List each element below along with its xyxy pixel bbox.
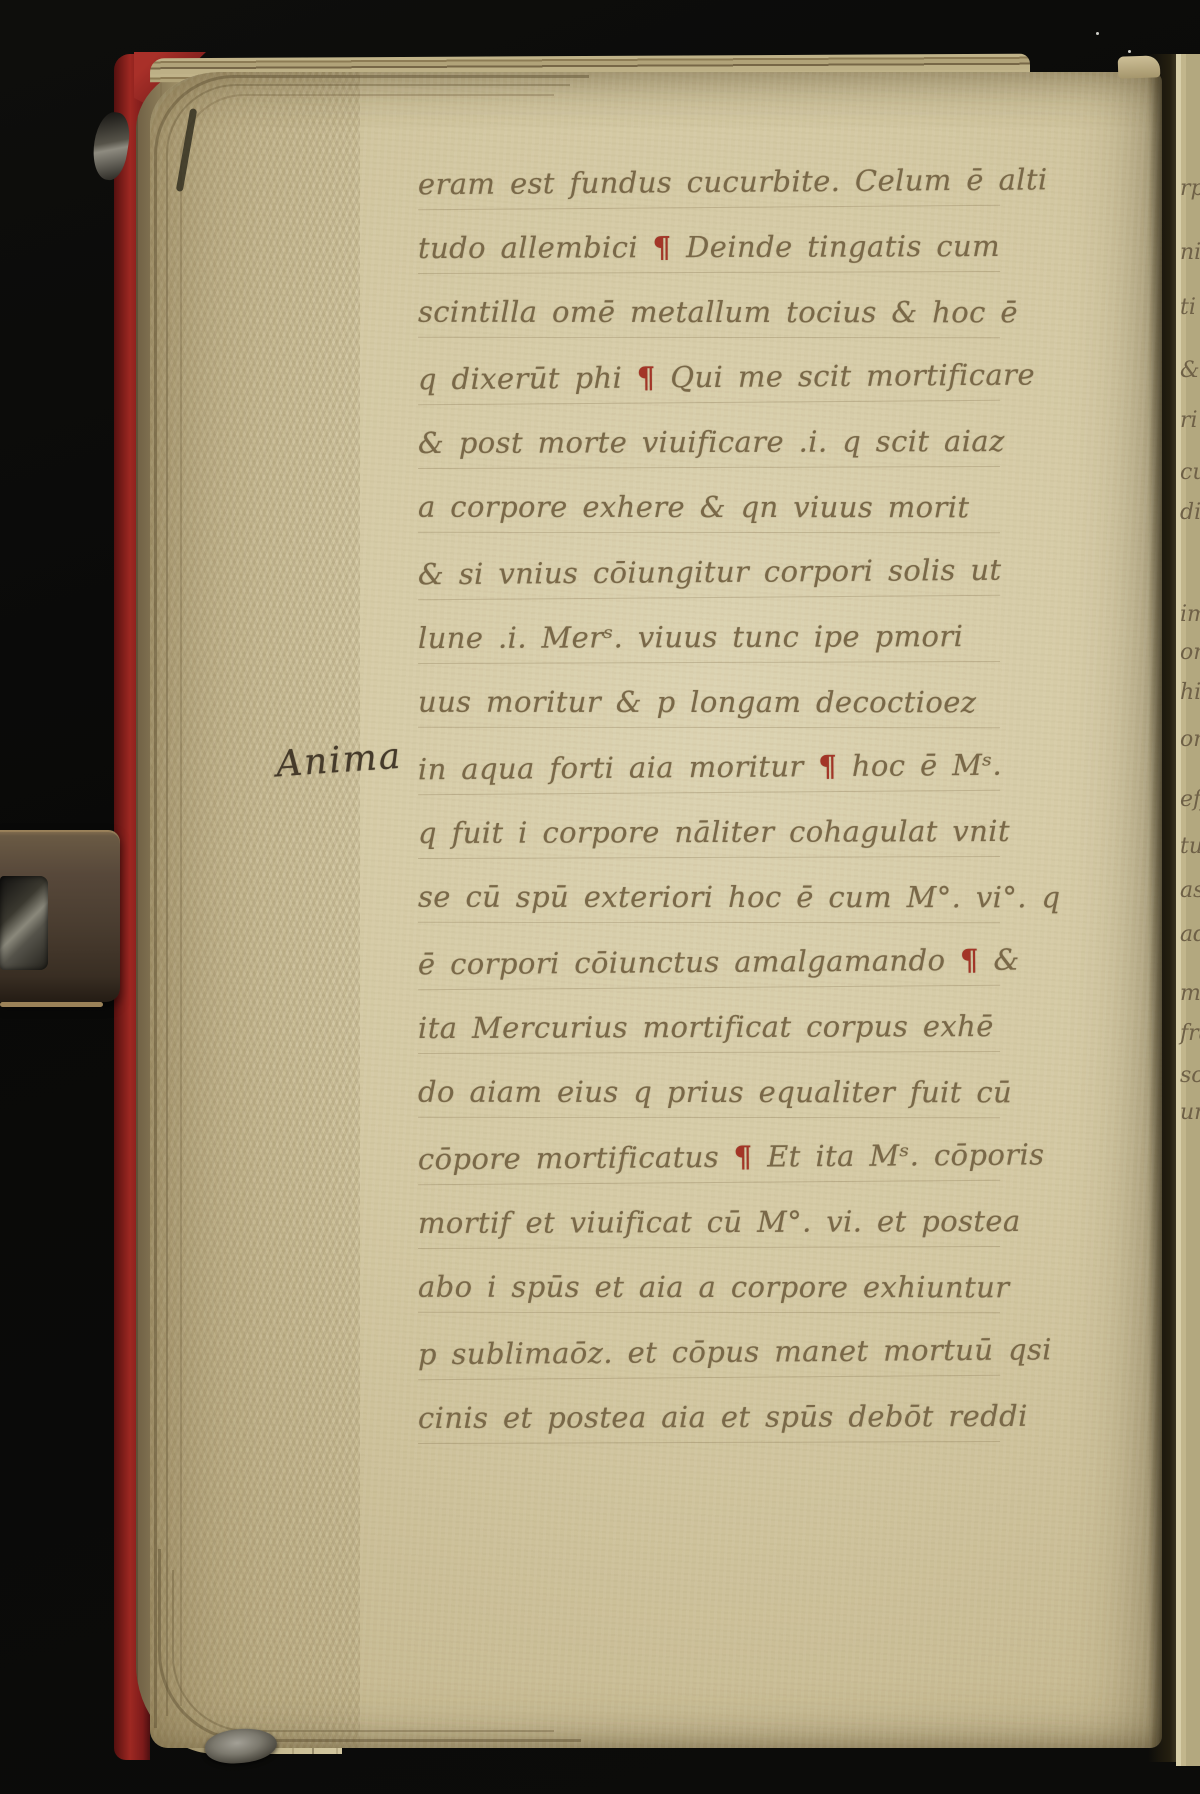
text-line: & si vnius cōiungitur corpori solis ut (418, 556, 1000, 601)
line-text: cōpore mortificatus (418, 1140, 734, 1176)
text-line: lune .i. Merˢ. viuus tunc ipe pmori (418, 622, 1000, 664)
dust-speck (1128, 50, 1131, 53)
page-corner-fold (1118, 55, 1161, 78)
line-text: hoc ē Mˢ. (837, 748, 1002, 783)
gutter-shadow (1148, 54, 1176, 1762)
text-line: mortif et viuificat cū M°. vi. et postea (418, 1207, 1000, 1249)
facing-page-text-fragment: ri (1180, 408, 1198, 433)
facing-page-text-fragment: im (1180, 602, 1200, 627)
line-text: ē corpori cōiunctus amalgamando (418, 943, 960, 981)
line-text: p sublimaōz. et cōpus manet mortuū qsi (418, 1332, 1052, 1371)
red-paragraph-mark: ¶ (734, 1140, 753, 1174)
line-text: in aqua forti aia moritur (418, 749, 819, 786)
line-text: uus moritur & p longam decoctioez (418, 685, 976, 719)
text-line: ē corpori cōiunctus amalgamando ¶ & (418, 946, 1000, 991)
facing-page-text-fragment: hi q (1180, 680, 1200, 705)
line-text: scintilla omē metallum tocius & hoc ē (418, 295, 1018, 330)
line-text: Deinde tingatis cum (671, 229, 1000, 264)
text-line: abo i spūs et aia a corpore exhiuntur (418, 1273, 1000, 1314)
text-line: uus moritur & p longam decoctioez (418, 688, 1000, 729)
text-line: ita Mercurius mortificat corpus exhē (418, 1012, 1000, 1054)
facing-page-text-fragment: tum (1180, 834, 1200, 859)
facing-page-text-fragment: fra (1180, 1021, 1200, 1046)
red-paragraph-mark: ¶ (960, 943, 979, 977)
facing-page-text-fragment: orpor (1180, 640, 1200, 665)
facing-page-text-fragment: asta (1180, 878, 1200, 903)
text-line: in aqua forti aia moritur ¶ hoc ē Mˢ. (418, 751, 1000, 796)
red-paragraph-mark: ¶ (818, 749, 837, 783)
facing-page-text-fragment: sor (1180, 1063, 1200, 1088)
facing-page-text-fragment: nis (1180, 240, 1200, 265)
text-line: cōpore mortificatus ¶ Et ita Mˢ. cōporis (418, 1141, 1000, 1186)
text-line: p sublimaōz. et cōpus manet mortuū qsi (418, 1336, 1000, 1381)
line-text: & post morte viuificare .i. q scit aiaz (418, 424, 1005, 460)
facing-page-sliver: rpenisti c& sricumdieimorporhi qorneffit… (1176, 54, 1200, 1766)
text-line: tudo allembici ¶ Deinde tingatis cum (418, 232, 1000, 274)
line-text: eram est fundus cucurbite. Celum ē alti (418, 162, 1048, 201)
facing-page-text-fragment: mo (1180, 981, 1200, 1006)
text-line: a corpore exhere & qn viuus morit (418, 493, 1000, 534)
facing-page-text-fragment: cum (1180, 460, 1200, 485)
marginal-annotation: Anima (275, 736, 404, 786)
line-text: q dixerūt phi (418, 361, 637, 397)
line-text: Et ita Mˢ. cōporis (752, 1137, 1044, 1173)
facing-page-text-fragment: orn (1180, 727, 1200, 752)
dust-speck (1096, 32, 1099, 35)
leaf-edge-arc-bottom (172, 1570, 554, 1732)
text-line: & post morte viuificare .i. q scit aiaz (418, 427, 1000, 469)
facing-page-text-fragment: adi (1180, 922, 1200, 947)
red-paragraph-mark: ¶ (653, 230, 672, 264)
clasp-strap (0, 830, 120, 1002)
text-line: scintilla omē metallum tocius & hoc ē (418, 298, 1000, 339)
line-text: tudo allembici (418, 230, 653, 265)
line-text: ita Mercurius mortificat corpus exhē (418, 1009, 994, 1045)
text-line: eram est fundus cucurbite. Celum ē alti (418, 166, 1000, 211)
text-line: q fuit i corpore nāliter cohagulat vnit (418, 817, 1000, 859)
facing-page-text-fragment: & s (1180, 358, 1200, 383)
facing-page-text-fragment: rpe (1180, 176, 1200, 201)
line-text: se cū spū exteriori hoc ē cum M°. vi°. q (418, 880, 1060, 915)
line-text: & (979, 943, 1020, 977)
line-text: mortif et viuificat cū M°. vi. et postea (418, 1204, 1021, 1240)
line-text: cinis et postea aia et spūs debōt reddi (418, 1399, 1028, 1435)
facing-page-text-fragment: effi (1180, 787, 1200, 812)
text-line: q dixerūt phi ¶ Qui me scit mortificare (418, 361, 1000, 406)
line-text: & si vnius cōiungitur corpori solis ut (418, 553, 1002, 592)
line-text: lune .i. Merˢ. viuus tunc ipe pmori (418, 619, 963, 655)
manuscript-photo: eram est fundus cucurbite. Celum ē altit… (0, 0, 1200, 1794)
text-line: do aiam eius q prius equaliter fuit cū (418, 1078, 1000, 1119)
text-line: cinis et postea aia et spūs debōt reddi (418, 1402, 1000, 1444)
text-line: se cū spū exteriori hoc ē cum M°. vi°. q (418, 883, 1000, 924)
line-text: q fuit i corpore nāliter cohagulat vnit (418, 814, 1010, 850)
line-text: abo i spūs et aia a corpore exhiuntur (418, 1270, 1010, 1305)
facing-page-text-fragment: untur (1180, 1100, 1200, 1125)
line-text: do aiam eius q prius equaliter fuit cū (418, 1075, 1012, 1110)
red-paragraph-mark: ¶ (637, 360, 656, 394)
facing-page-text-fragment: ti c (1180, 295, 1200, 320)
line-text: Qui me scit mortificare (656, 357, 1035, 394)
facing-page-text-fragment: die (1180, 500, 1200, 525)
clasp-metal (0, 876, 48, 970)
left-page: eram est fundus cucurbite. Celum ē altit… (150, 72, 1162, 1748)
line-text: a corpore exhere & qn viuus morit (418, 490, 970, 524)
